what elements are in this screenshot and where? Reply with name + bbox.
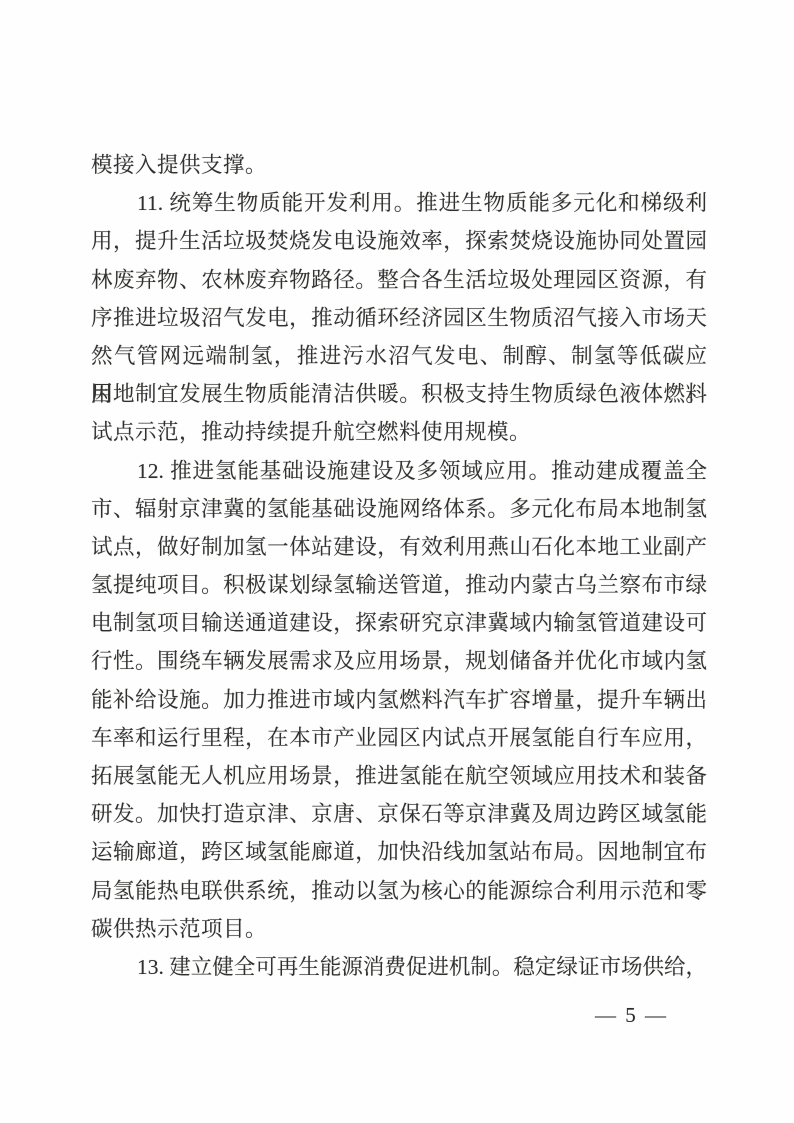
text-line: 能补给设施。加力推进市域内氢燃料汽车扩容增量，提升车辆出 [91,681,707,719]
text-line-item-11-start: 11. 统筹生物质能开发利用。推进生物质能多元化和梯级利 [91,184,707,222]
document-page: 模接入提供支撑。 11. 统筹生物质能开发利用。推进生物质能多元化和梯级利 用，… [0,0,794,1123]
text-line: 市、辐射京津冀的氢能基础设施网络体系。多元化布局本地制氢 [91,490,707,528]
text-line: 用，提升生活垃圾焚烧发电设施效率，探索焚烧设施协同处置园 [91,222,707,260]
text-line: 模接入提供支撑。 [91,146,707,184]
text-line: 然气管网远端制氢，推进污水沼气发电、制醇、制氢等低碳应用。 [91,337,707,375]
text-line: 电制氢项目输送通道建设，探索研究京津冀域内输氢管道建设可 [91,604,707,642]
text-line: 车率和运行里程，在本市产业园区内试点开展氢能自行车应用， [91,719,707,757]
text-line: 局氢能热电联供系统，推动以氢为核心的能源综合利用示范和零 [91,872,707,910]
text-line: 试点，做好制加氢一体站建设，有效利用燕山石化本地工业副产 [91,528,707,566]
text-line: 氢提纯项目。积极谋划绿氢输送管道，推动内蒙古乌兰察布市绿 [91,566,707,604]
text-line-item-13-start: 13. 建立健全可再生能源消费促进机制。稳定绿证市场供给， [91,948,707,986]
text-line: 研发。加快打造京津、京唐、京保石等京津冀及周边跨区域氢能 [91,795,707,833]
text-line: 运输廊道，跨区域氢能廊道，加快沿线加氢站布局。因地制宜布 [91,833,707,871]
text-line: 行性。围绕车辆发展需求及应用场景，规划储备并优化市域内氢 [91,642,707,680]
text-line: 林废弃物、农林废弃物路径。整合各生活垃圾处理园区资源，有 [91,261,707,299]
text-line: 试点示范，推动持续提升航空燃料使用规模。 [91,413,707,451]
text-line: 拓展氢能无人机应用场景，推进氢能在航空领域应用技术和装备 [91,757,707,795]
text-line: 序推进垃圾沼气发电，推动循环经济园区生物质沼气接入市场天 [91,299,707,337]
page-number: — 5 — [595,999,668,1031]
text-line: 碳供热示范项目。 [91,910,707,948]
document-body: 模接入提供支撑。 11. 统筹生物质能开发利用。推进生物质能多元化和梯级利 用，… [91,146,707,986]
text-line: 因地制宜发展生物质能清洁供暖。积极支持生物质绿色液体燃料 [91,375,707,413]
text-line-item-12-start: 12. 推进氢能基础设施建设及多领域应用。推动建成覆盖全 [91,452,707,490]
